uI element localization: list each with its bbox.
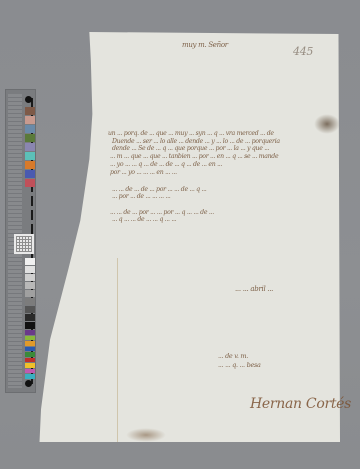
date-line: ... ... abril ... xyxy=(235,285,273,293)
letter-line: un ... porq. de ... que ... muy ... syn … xyxy=(108,130,274,137)
color-patch xyxy=(25,363,35,368)
color-patch xyxy=(25,322,35,329)
color-patch xyxy=(25,330,35,335)
color-patch xyxy=(25,358,35,363)
color-patch xyxy=(25,306,35,313)
color-calibration-target xyxy=(5,89,36,393)
signature: Hernan Cortés xyxy=(250,396,351,412)
color-patch xyxy=(25,298,35,305)
color-patch xyxy=(25,125,35,133)
registration-dot-top xyxy=(25,96,32,103)
folio-number: 445 xyxy=(293,45,313,58)
color-patch xyxy=(25,161,35,169)
color-patch xyxy=(25,274,35,281)
color-patch xyxy=(25,152,35,160)
color-patch xyxy=(25,143,35,151)
letter-line: Duende ... ser ... lo alle ... dende ...… xyxy=(112,138,280,145)
color-patch xyxy=(25,314,35,321)
color-patch xyxy=(25,107,35,115)
letter-line: dende ... Se de ... q ... que porque ...… xyxy=(112,145,269,152)
stain-top-right xyxy=(314,114,340,134)
letter-line: ... por ... de ... ... ... ... xyxy=(112,193,170,200)
letter-line: ... q ... ... de ... ... q ... ... xyxy=(112,216,176,223)
letter-line: ... ... de ... de ... por ... ... de ...… xyxy=(112,186,206,193)
barcode xyxy=(14,234,34,254)
color-patch xyxy=(25,282,35,289)
color-patch xyxy=(25,290,35,297)
color-patch xyxy=(25,352,35,357)
color-patch xyxy=(25,369,35,374)
color-patch xyxy=(25,374,35,379)
color-patch xyxy=(25,347,35,352)
color-patch xyxy=(25,336,35,341)
letter-line: ... m ... que ... que ... tanbien ... po… xyxy=(110,153,278,160)
color-patch xyxy=(25,341,35,346)
color-patch xyxy=(25,116,35,124)
closing-line-2: ... ... q. ... besa xyxy=(218,361,261,369)
stain-bottom xyxy=(126,428,166,442)
color-patch xyxy=(25,266,35,273)
color-patch xyxy=(25,258,35,265)
registration-dot-bottom xyxy=(25,380,32,387)
letter-line: ... ... de ... por ... ... por ... q ...… xyxy=(110,209,214,216)
letter-line: ... yo ... ... q ... de ... de ... q ...… xyxy=(110,161,222,168)
color-patch xyxy=(25,179,35,187)
color-patch xyxy=(25,170,35,178)
header-note: muy m. Señor xyxy=(182,41,228,49)
letter-line: por ... yo ... ... ... en ... ... xyxy=(110,169,177,176)
fold-crease xyxy=(117,258,118,443)
color-patch xyxy=(25,134,35,142)
closing-line-1: ... de v. m. xyxy=(218,352,248,360)
